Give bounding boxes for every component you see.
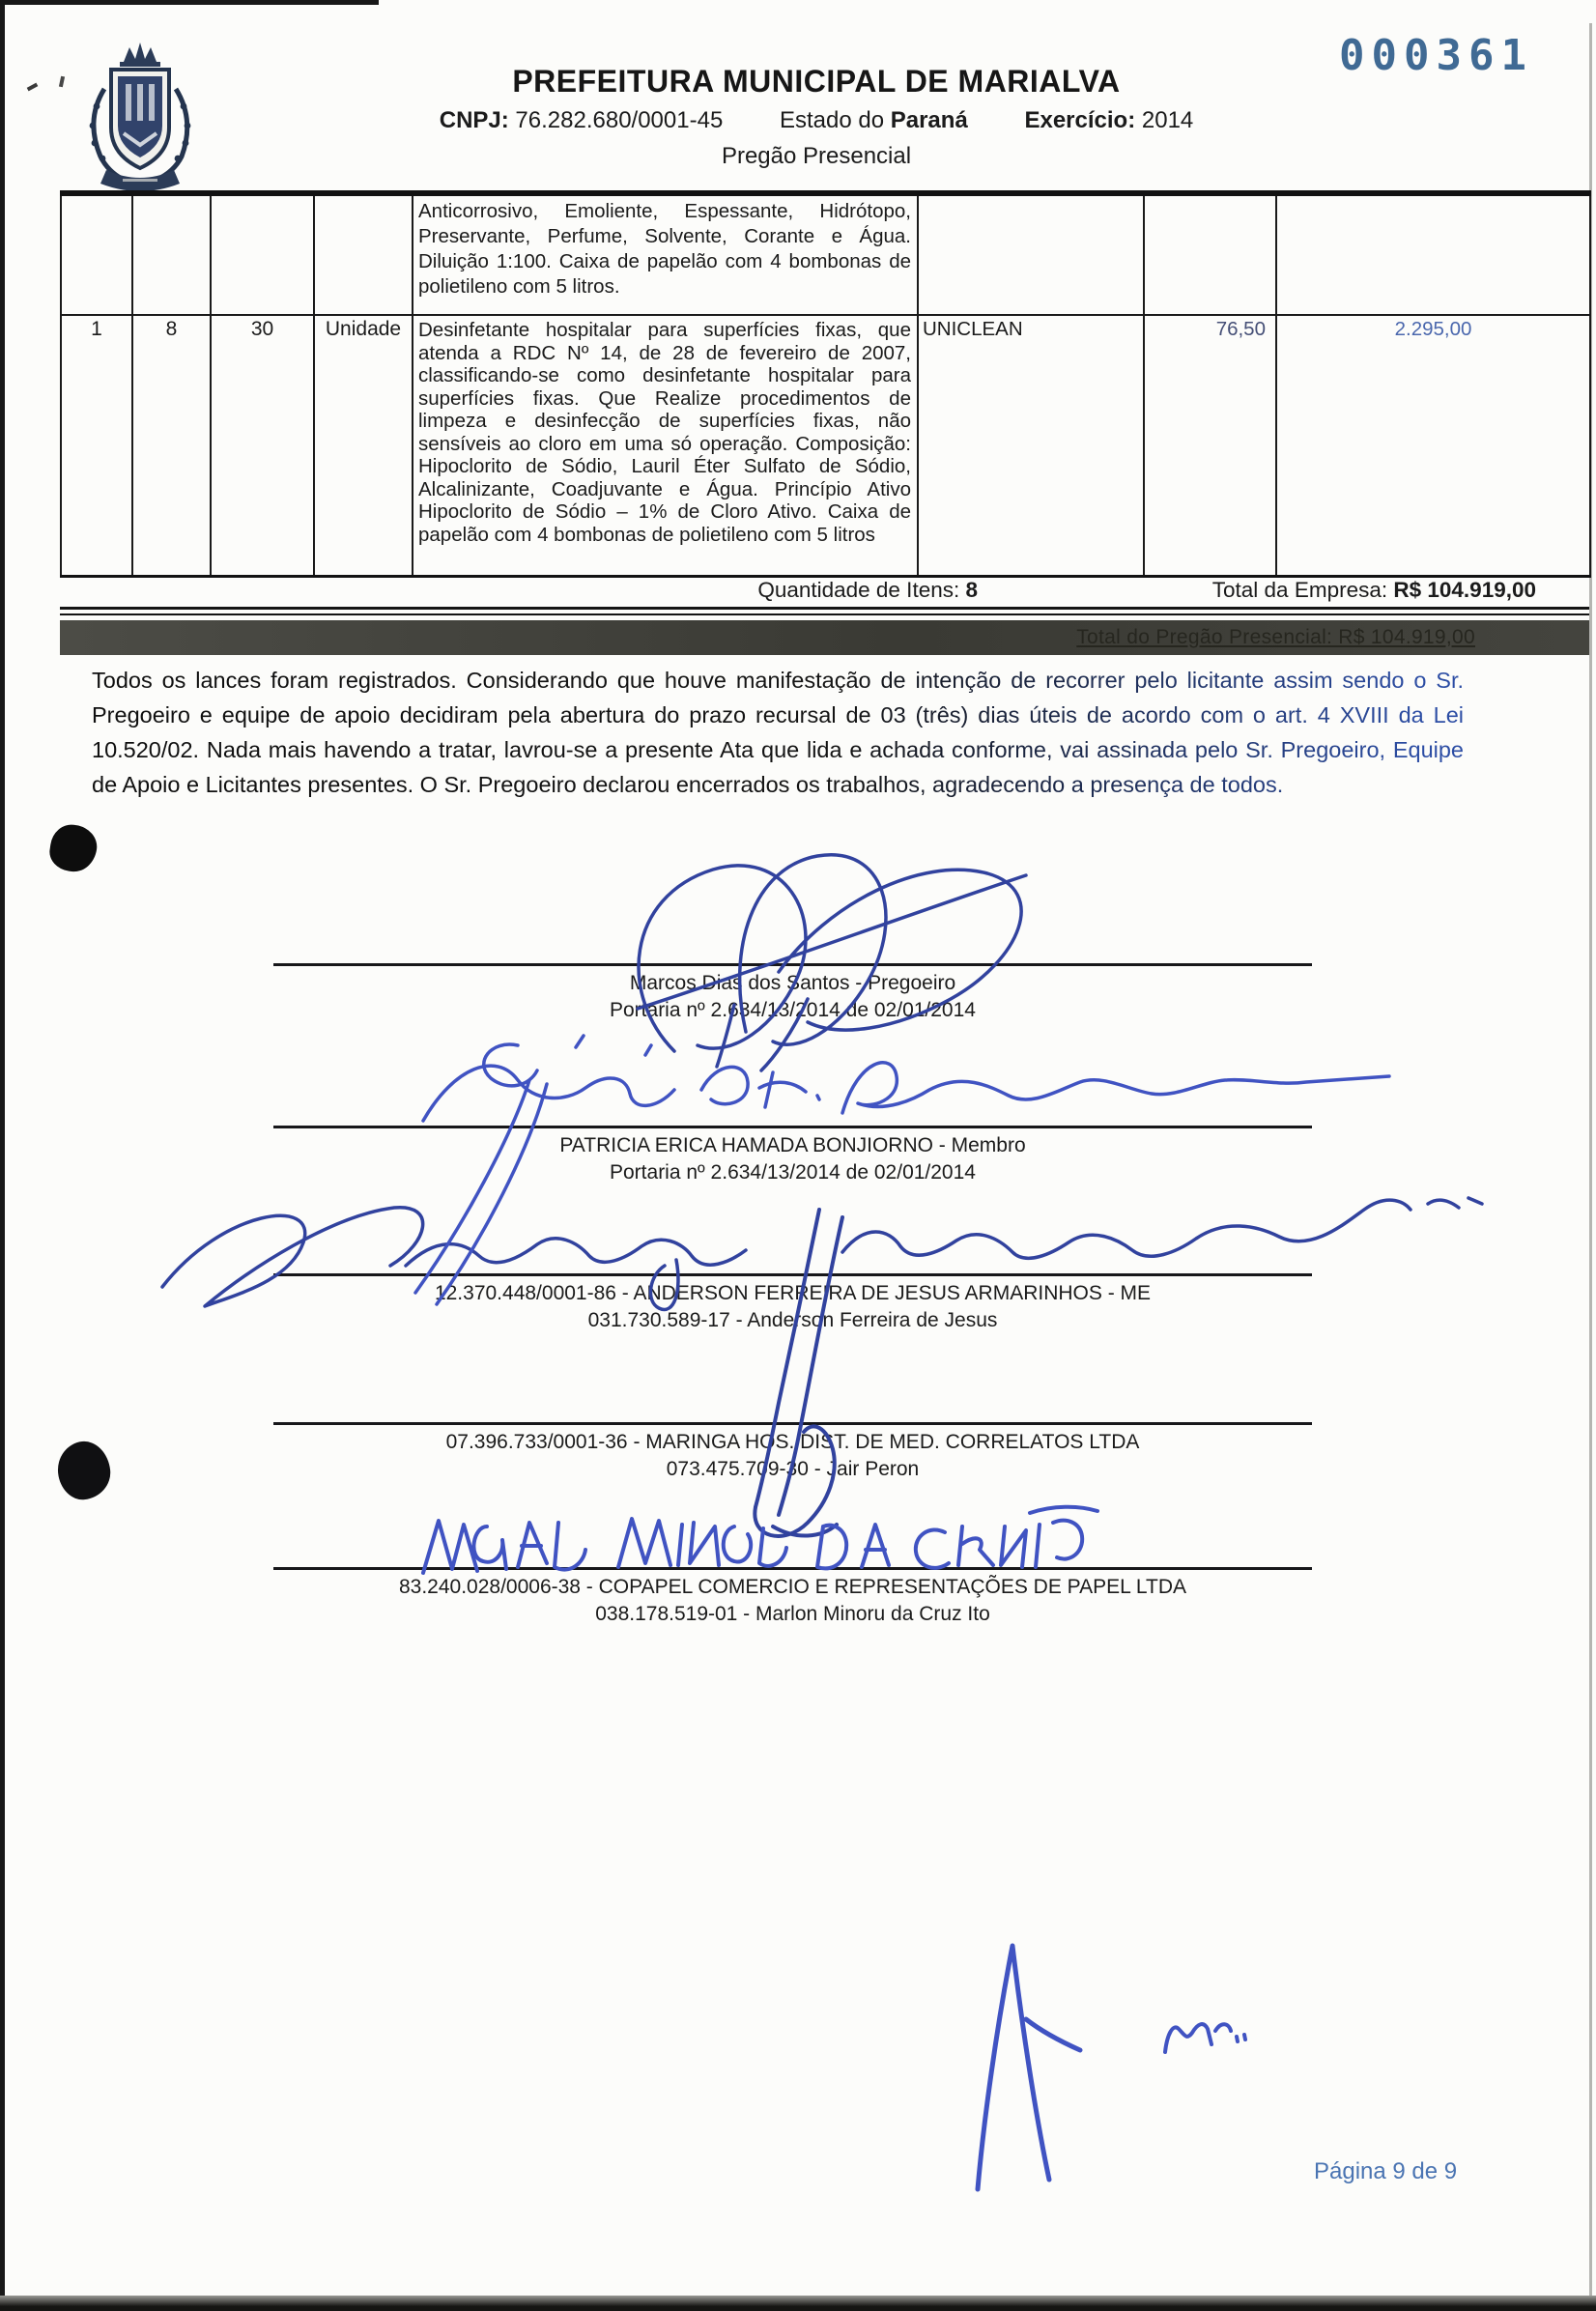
scan-edge-top: [0, 0, 379, 5]
cell-item: [132, 193, 211, 315]
scanned-document-page: 000361 PREFEITURA MUNICIPAL DE MARIALVA …: [0, 0, 1596, 2311]
exercicio-label: Exercício:: [1024, 107, 1135, 133]
company-total: Total da Empresa: R$ 104.919,00: [1045, 578, 1536, 603]
signatory-detail: 073.475.709-30 - Jair Peron: [273, 1457, 1312, 1482]
items-count-value: 8: [965, 578, 978, 602]
items-table: Anticorrosivo, Emoliente, Espessante, Hi…: [60, 190, 1591, 578]
signature-line: [273, 1567, 1312, 1570]
signature-line: [273, 963, 1312, 966]
signature-block-membro: PATRICIA ERICA HAMADA BONJIORNO - Membro…: [273, 1126, 1312, 1185]
cell-qty: [211, 193, 314, 315]
document-header: PREFEITURA MUNICIPAL DE MARIALVA CNPJ: 7…: [242, 64, 1391, 170]
header-info-line: CNPJ: 76.282.680/0001-45 Estado do Paran…: [242, 107, 1391, 134]
cell-unit-price: [1144, 193, 1276, 315]
cnpj-label: CNPJ:: [440, 107, 509, 133]
cell-description: Desinfetante hospitalar para superfícies…: [413, 315, 918, 577]
cell-lote: [61, 193, 132, 315]
municipal-coat-of-arms-logo: [68, 39, 213, 193]
signature-block-maringa: 07.396.733/0001-36 - MARINGA HOS. DIST. …: [273, 1422, 1312, 1482]
signatory-detail: Portaria nº 2.634/13/2014 de 02/01/2014: [273, 998, 1312, 1023]
document-subtitle: Pregão Presencial: [242, 143, 1391, 170]
exercicio-value: 2014: [1142, 107, 1193, 133]
signature-block-pregoeiro: Marcos Dias dos Santos - Pregoeiro Porta…: [273, 963, 1312, 1023]
scan-edge-left: [0, 0, 5, 2311]
closing-paragraph: Todos os lances foram registrados. Consi…: [92, 663, 1464, 802]
cell-brand: [918, 193, 1144, 315]
bottom-check-mark: [978, 1946, 1080, 2189]
initials-mark: [1165, 2024, 1245, 2052]
signatory-detail: Portaria nº 2.634/13/2014 de 02/01/2014: [273, 1160, 1312, 1185]
page-number: Página 9 de 9: [1314, 2158, 1457, 2185]
signatory-name: Marcos Dias dos Santos - Pregoeiro: [273, 971, 1312, 996]
cell-unit: Unidade: [314, 315, 413, 577]
estado-label: Estado do: [780, 107, 884, 133]
signature-block-anderson: 12.370.448/0001-86 - ANDERSON FERREIRA D…: [273, 1273, 1312, 1333]
signature-line: [273, 1422, 1312, 1425]
document-title: PREFEITURA MUNICIPAL DE MARIALVA: [242, 64, 1391, 100]
cell-unit: [314, 193, 413, 315]
signatory-name: 83.240.028/0006-38 - COPAPEL COMERCIO E …: [273, 1575, 1312, 1600]
scan-speck: [27, 83, 39, 92]
signatory-detail: 031.730.589-17 - Anderson Ferreira de Je…: [273, 1308, 1312, 1333]
ink-blot: [55, 1439, 113, 1501]
cnpj-value: 76.282.680/0001-45: [515, 107, 723, 133]
company-total-value: R$ 104.919,00: [1393, 578, 1536, 602]
cell-qty: 30: [211, 315, 314, 577]
items-count: Quantidade de Itens: 8: [475, 578, 978, 603]
crown-icon: [124, 43, 157, 62]
signature-line: [273, 1126, 1312, 1128]
items-count-label: Quantidade de Itens:: [757, 578, 959, 602]
table-row-item-8: 1 8 30 Unidade Desinfetante hospitalar p…: [61, 315, 1590, 577]
signatory-detail: 038.178.519-01 - Marlon Minoru da Cruz I…: [273, 1602, 1312, 1627]
cell-lote: 1: [61, 315, 132, 577]
scan-edge-bottom: [0, 2296, 1596, 2311]
cell-total: [1276, 193, 1590, 315]
cell-unit-price: 76,50: [1144, 315, 1276, 577]
scan-speck: [59, 76, 65, 88]
signature-line: [273, 1273, 1312, 1276]
cell-item: 8: [132, 315, 211, 577]
signatory-name: PATRICIA ERICA HAMADA BONJIORNO - Membro: [273, 1133, 1312, 1158]
double-rule: [60, 607, 1589, 615]
table-row-continuation: Anticorrosivo, Emoliente, Espessante, Hi…: [61, 193, 1590, 315]
cell-total: 2.295,00: [1276, 315, 1590, 577]
estado-value: Paraná: [891, 107, 968, 133]
signature-block-copapel: 83.240.028/0006-38 - COPAPEL COMERCIO E …: [273, 1567, 1312, 1627]
signatory-name: 07.396.733/0001-36 - MARINGA HOS. DIST. …: [273, 1430, 1312, 1455]
grand-total-banner: Total do Pregão Presencial: R$ 104.919,0…: [60, 620, 1589, 655]
ink-blot: [47, 822, 100, 874]
signatory-name: 12.370.448/0001-86 - ANDERSON FERREIRA D…: [273, 1281, 1312, 1306]
company-total-label: Total da Empresa:: [1212, 578, 1387, 602]
cell-brand: UNICLEAN: [918, 315, 1144, 577]
cell-description: Anticorrosivo, Emoliente, Espessante, Hi…: [413, 193, 918, 315]
